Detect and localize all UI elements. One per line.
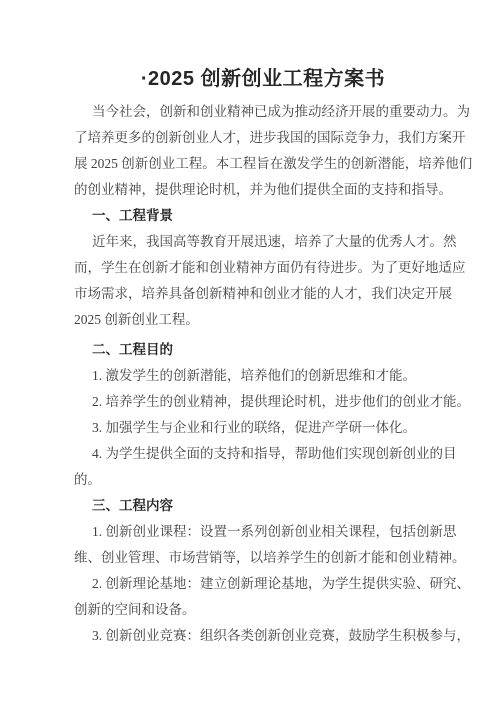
section1-line-1: 近年来，我国高等教育开展迅速，培养了大量的优秀人才。然 — [74, 229, 452, 255]
section3-item-1-line-1: 1. 创新创业课程：设置一系列创新创业相关课程，包括创新思 — [74, 519, 452, 545]
document-page: ·2025 创新创业工程方案书 当今社会，创新和创业精神已成为推动经济开展的重要… — [0, 0, 500, 707]
section3-item-2-line-1: 2. 创新理论基地：建立创新理论基地，为学生提供实验、研究、 — [74, 571, 452, 597]
section1-line-3: 市场需求，培养具备创新精神和创业才能的人才，我们决定开展 — [74, 281, 452, 307]
section1-heading: 一、工程背景 — [74, 203, 452, 229]
section2-item-4-line-1: 4. 为学生提供全面的支持和指导，帮助他们实现创新创业的目 — [74, 441, 452, 467]
intro-line-4: 的创业精神，提供理论时机，并为他们提供全面的支持和指导。 — [74, 177, 452, 203]
section3-item-2-line-2: 创新的空间和设备。 — [74, 597, 452, 623]
intro-line-2: 了培养更多的创新创业人才，进步我国的国际竞争力，我们方案开 — [74, 125, 452, 151]
section2-heading: 二、工程目的 — [74, 337, 452, 363]
intro-line-3: 展 2025 创新创业工程。本工程旨在激发学生的创新潜能，培养他们 — [74, 151, 452, 177]
section-purpose: 二、工程目的 1. 激发学生的创新潜能，培养他们的创新思维和才能。 2. 培养学… — [74, 337, 452, 493]
section2-item-2: 2. 培养学生的创业精神，提供理论时机，进步他们的创业才能。 — [74, 389, 452, 415]
section3-item-3-line-1: 3. 创新创业竞赛：组织各类创新创业竞赛，鼓励学生积极参与， — [74, 623, 452, 649]
section3-heading: 三、工程内容 — [74, 493, 452, 519]
section1-line-2: 而，学生在创新才能和创业精神方面仍有待进步。为了更好地适应 — [74, 255, 452, 281]
intro-paragraph: 当今社会，创新和创业精神已成为推动经济开展的重要动力。为 了培养更多的创新创业人… — [74, 99, 452, 203]
intro-line-1: 当今社会，创新和创业精神已成为推动经济开展的重要动力。为 — [74, 99, 452, 125]
section3-item-1-line-2: 维、创业管理、市场营销等，以培养学生的创新才能和创业精神。 — [74, 545, 452, 571]
document-title: ·2025 创新创业工程方案书 — [74, 64, 452, 94]
section-background: 一、工程背景 近年来，我国高等教育开展迅速，培养了大量的优秀人才。然 而，学生在… — [74, 203, 452, 333]
section2-item-4-line-2: 的。 — [74, 467, 452, 493]
section2-item-3: 3. 加强学生与企业和行业的联络，促进产学研一体化。 — [74, 415, 452, 441]
section-content: 三、工程内容 1. 创新创业课程：设置一系列创新创业相关课程，包括创新思 维、创… — [74, 493, 452, 649]
section2-item-1: 1. 激发学生的创新潜能，培养他们的创新思维和才能。 — [74, 363, 452, 389]
section1-line-4: 2025 创新创业工程。 — [74, 307, 452, 333]
